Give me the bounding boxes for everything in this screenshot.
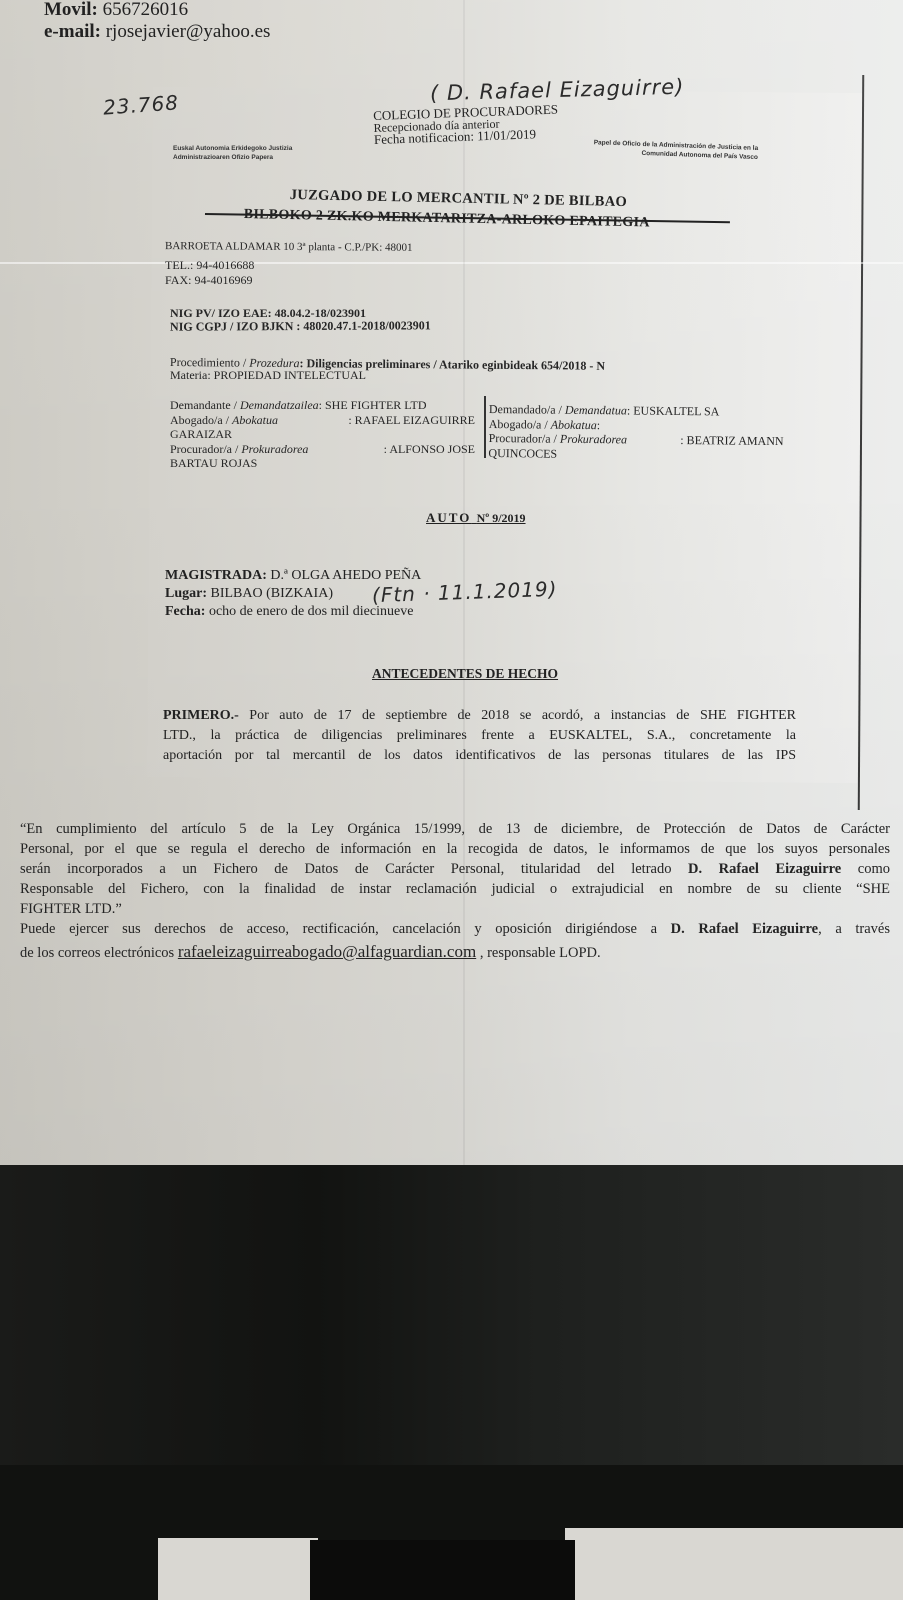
fecha-value: ocho de enero de dos mil diecinueve bbox=[209, 604, 413, 619]
def-abogado-label: Abogado/a / bbox=[489, 416, 551, 431]
procurador-value: : ALFONSO JOSE bbox=[384, 442, 475, 457]
receipt-stamp: COLEGIO DE PROCURADORES Recepcionado día… bbox=[373, 104, 559, 146]
demandado-value: : EUSKALTEL SA bbox=[627, 403, 720, 418]
header-left-basque: Euskal Autonomia Erkidegoko Justizia Adm… bbox=[173, 144, 292, 162]
lopd-line-6: Puede ejercer sus derechos de acceso, re… bbox=[20, 919, 890, 939]
demandante-label: Demandante / bbox=[170, 398, 240, 412]
court-tel: TEL.: 94-4016688 bbox=[165, 258, 254, 273]
antecedentes-heading: ANTECEDENTES DE HECHO bbox=[372, 666, 558, 682]
floor-patch bbox=[158, 1538, 318, 1600]
auto-number: Nº 9/2019 bbox=[477, 511, 526, 525]
floor-patch bbox=[565, 1528, 903, 1600]
def-procurador-label: Procurador/a / bbox=[489, 431, 560, 446]
mobile-value: 656726016 bbox=[103, 0, 189, 20]
abogado-label-eu: Abokatua bbox=[232, 413, 278, 427]
lopd-line-4: Responsable del Fichero, con la finalida… bbox=[20, 879, 890, 899]
lopd-line-1: “En cumplimiento del artículo 5 de la Le… bbox=[20, 819, 890, 839]
lugar-label: Lugar: bbox=[165, 586, 211, 601]
lopd-line-6c: , a través bbox=[818, 921, 890, 937]
fecha-label: Fecha: bbox=[165, 604, 209, 619]
lopd-line-3a: serán incorporados a un Fichero de Datos… bbox=[20, 861, 688, 877]
plaintiff-demandante: Demandante / Demandatzailea: SHE FIGHTER… bbox=[170, 398, 475, 413]
fold-line bbox=[0, 262, 903, 264]
magistrada-line: MAGISTRADA: D.ª OLGA AHEDO PEÑA bbox=[165, 567, 421, 584]
header-left-line-1: Euskal Autonomia Erkidegoko Justizia bbox=[173, 144, 292, 153]
mobile-label: Movil: bbox=[44, 0, 98, 20]
auto-title: AUTO Nº 9/2019 bbox=[426, 510, 526, 526]
procurador-value-cont: BARTAU ROJAS bbox=[170, 456, 475, 471]
primero-line-1: PRIMERO.- Por auto de 17 de septiembre d… bbox=[163, 706, 796, 726]
procurador-label-eu: Prokuradorea bbox=[241, 442, 308, 456]
header-left-line-2: Administrazioaren Ofizio Papera bbox=[173, 153, 292, 162]
email-label: e-mail: bbox=[44, 21, 101, 42]
materia-line: Materia: PROPIEDAD INTELECTUAL bbox=[170, 368, 366, 383]
magistrada-label: MAGISTRADA: bbox=[165, 568, 270, 583]
magistrada-value: D.ª OLGA AHEDO PEÑA bbox=[270, 568, 421, 583]
demandado-label-eu: Demandatua bbox=[565, 403, 627, 418]
auto-title-word: AUTO bbox=[426, 510, 471, 525]
lopd-line-2: Personal, por el que se regula el derech… bbox=[20, 839, 890, 859]
plaintiff-procurador: Procurador/a / Prokuradorea: ALFONSO JOS… bbox=[170, 442, 475, 457]
procurador-label: Procurador/a / bbox=[170, 442, 241, 456]
lopd-notice: “En cumplimiento del artículo 5 de la Le… bbox=[20, 819, 890, 963]
def-abogado-value: : bbox=[597, 418, 600, 432]
lopd-contact-name: D. Rafael Eizaguirre bbox=[671, 921, 818, 937]
email-value[interactable]: rjosejavier@yahoo.es bbox=[106, 21, 271, 42]
sheet-edge bbox=[858, 75, 864, 810]
lopd-email-link[interactable]: rafaeleizaguirreabogado@alfaguardian.com bbox=[178, 942, 476, 961]
demandante-label-eu: Demandatzailea bbox=[240, 398, 319, 412]
def-procurador-label-eu: Prokuradorea bbox=[560, 432, 627, 447]
lopd-line-5: FIGHTER LTD.” bbox=[20, 899, 890, 919]
email-line: e-mail: rjosejavier@yahoo.es bbox=[44, 21, 270, 43]
shadow-object bbox=[310, 1540, 575, 1600]
primero-line-3: aportación por tal mercantil de los dato… bbox=[163, 746, 796, 766]
materia-label: Materia: bbox=[170, 368, 214, 382]
lopd-line-6a: Puede ejercer sus derechos de acceso, re… bbox=[20, 921, 671, 937]
fecha-line: Fecha: ocho de enero de dos mil diecinue… bbox=[165, 603, 413, 620]
materia-value: PROPIEDAD INTELECTUAL bbox=[214, 368, 366, 382]
lopd-line-7a: de los correos electrónicos bbox=[20, 945, 178, 961]
defendant-block: Demandado/a / Demandatua: EUSKALTEL SA A… bbox=[488, 402, 784, 463]
primero-line-2: LTD., la práctica de diligencias prelimi… bbox=[163, 726, 796, 746]
primero-text-1: Por auto de 17 de septiembre de 2018 se … bbox=[239, 708, 796, 723]
lopd-line-7c: , responsable LOPD. bbox=[476, 945, 600, 961]
plaintiff-abogado: Abogado/a / Abokatua: RAFAEL EIZAGUIRRE bbox=[170, 413, 475, 428]
lugar-line: Lugar: BILBAO (BIZKAIA) bbox=[165, 585, 333, 602]
def-abogado-label-eu: Abokatua bbox=[551, 417, 597, 431]
dark-surface bbox=[0, 1165, 903, 1465]
demandado-label: Demandado/a / bbox=[489, 402, 565, 417]
primero-paragraph: PRIMERO.- Por auto de 17 de septiembre d… bbox=[163, 706, 796, 766]
abogado-value-cont: GARAIZAR bbox=[170, 427, 475, 442]
abogado-label: Abogado/a / bbox=[170, 413, 232, 427]
nig-cgpj: NIG CGPJ / IZO BJKN : 48020.47.1-2018/00… bbox=[170, 318, 431, 333]
court-fax: FAX: 94-4016969 bbox=[165, 273, 252, 288]
lopd-responsible-name: D. Rafael Eizaguirre bbox=[688, 861, 841, 877]
court-address: BARROETA ALDAMAR 10 3ª planta - C.P./PK:… bbox=[165, 239, 413, 255]
plaintiff-block: Demandante / Demandatzailea: SHE FIGHTER… bbox=[170, 398, 475, 471]
lugar-value: BILBAO (BIZKAIA) bbox=[211, 586, 333, 601]
lopd-line-3: serán incorporados a un Fichero de Datos… bbox=[20, 859, 890, 879]
abogado-value: : RAFAEL EIZAGUIRRE bbox=[348, 413, 475, 428]
demandante-value: : SHE FIGHTER LTD bbox=[319, 398, 427, 412]
party-divider bbox=[484, 396, 486, 458]
primero-label: PRIMERO.- bbox=[163, 708, 239, 723]
mobile-line: Movil: 656726016 bbox=[44, 0, 188, 21]
lopd-line-3c: como bbox=[841, 861, 890, 877]
def-procurador-value: : BEATRIZ AMANN bbox=[680, 433, 783, 449]
lopd-line-7: de los correos electrónicos rafaeleizagu… bbox=[20, 942, 890, 963]
